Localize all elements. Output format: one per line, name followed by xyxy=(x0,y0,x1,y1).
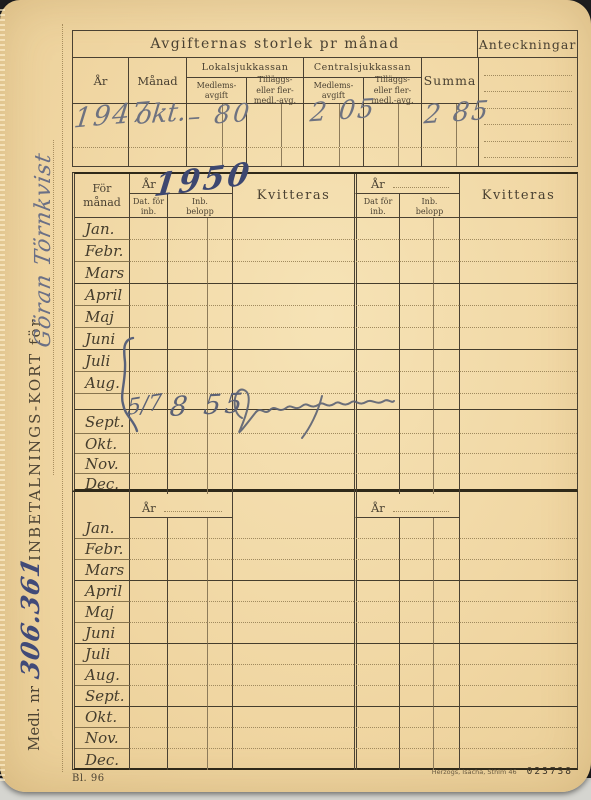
cell-amount-ore-right xyxy=(433,410,459,434)
cell-date-right xyxy=(354,581,399,602)
lower-year-left-cell: År xyxy=(129,492,232,518)
cell-date-left xyxy=(129,728,167,749)
cell-receipt-right xyxy=(459,665,577,686)
lower-month-col-head xyxy=(75,492,129,518)
cell-date-left xyxy=(129,394,167,410)
payment-card: INBETALNINGS-KORT för Göran Törnkvist Me… xyxy=(0,0,591,792)
cell-amount-kr-left xyxy=(167,394,207,410)
month-row-maj: Maj xyxy=(75,306,577,328)
month-label: Sept. xyxy=(75,686,129,707)
serial-number: 023738 xyxy=(527,766,573,777)
printer-imprint: Herzogs, Isacha, Sthlm 46 xyxy=(432,768,517,776)
cell-amount-ore-right xyxy=(433,602,459,623)
cell-amount-ore-right xyxy=(433,306,459,328)
cell-date-left xyxy=(129,328,167,350)
ore-divider xyxy=(456,148,457,166)
cell-amount-ore-right xyxy=(433,644,459,665)
cell-amount-ore-left xyxy=(207,707,232,728)
cell-receipt-right xyxy=(459,623,577,644)
cell-receipt-right xyxy=(459,372,577,394)
member-number-label: Medl. nr xyxy=(25,686,43,751)
lower-payments-table: År År Jan.Febr.MarsAprilMajJuniJuliAug.S… xyxy=(72,492,578,770)
month-row-mars: Mars xyxy=(75,262,577,284)
cell-date-left xyxy=(129,372,167,394)
month-label: Juni xyxy=(75,328,129,350)
cell-receipt-left xyxy=(232,602,354,623)
cell-amount-ore-right xyxy=(433,728,459,749)
cell-amount-kr-left xyxy=(167,328,207,350)
cell-amount-ore-right xyxy=(433,372,459,394)
year-left-cell: År xyxy=(129,174,232,194)
member-number-value: 306.361 xyxy=(16,555,45,681)
year-label: År xyxy=(371,501,385,515)
cell-receipt-left xyxy=(232,284,354,306)
month-label: Juli xyxy=(75,350,129,372)
cell-amount-ore-left xyxy=(207,539,232,560)
cell-date-left xyxy=(129,474,167,494)
cell-receipt-right xyxy=(459,581,577,602)
cell-receipt-left xyxy=(232,665,354,686)
month-row-nov: Nov. xyxy=(75,728,577,749)
cell-receipt-left xyxy=(232,394,354,410)
cell-date-left xyxy=(129,454,167,474)
ore-divider xyxy=(339,104,340,147)
cell-receipt-left xyxy=(232,581,354,602)
cell-amount-kr-right xyxy=(399,539,433,560)
cell-amount-ore-left xyxy=(207,602,232,623)
cell-amount-kr-left xyxy=(167,218,207,240)
cell-receipt-right xyxy=(459,560,577,581)
cell-receipt-left xyxy=(232,707,354,728)
month-label: Jan. xyxy=(75,218,129,240)
cell-amount-kr-right xyxy=(399,240,433,262)
cell-amount-ore-left xyxy=(207,306,232,328)
month-row-april: April xyxy=(75,581,577,602)
fees-title-row: Avgifternas storlek pr månad Anteckninga… xyxy=(73,31,577,58)
cell-receipt-left xyxy=(232,560,354,581)
cell-amount-ore-right xyxy=(433,560,459,581)
cell-date-left xyxy=(129,306,167,328)
notes-writing-line xyxy=(484,76,572,93)
cell-amount-kr-right xyxy=(399,394,433,410)
year-label: År xyxy=(142,501,156,515)
ore-divider xyxy=(398,104,399,147)
cell-receipt-right xyxy=(459,262,577,284)
cell-amount-kr-left xyxy=(167,454,207,474)
cell-receipt-left xyxy=(232,728,354,749)
fees-body: År Månad Lokalsjukkassan Centralsjukkass… xyxy=(73,58,577,166)
cell-receipt-right xyxy=(459,306,577,328)
cell-amount-kr-right xyxy=(399,284,433,306)
cell-date-right xyxy=(354,749,399,770)
entry-local-extra-cell xyxy=(246,103,303,148)
cell-date-left xyxy=(129,434,167,454)
cell-amount-kr-right xyxy=(399,328,433,350)
cell-amount-kr-left xyxy=(167,284,207,306)
cell-receipt-left xyxy=(232,644,354,665)
cell-amount-kr-right xyxy=(399,728,433,749)
name-dotted-line xyxy=(53,140,54,475)
cell-date-left xyxy=(129,644,167,665)
year-right-cell: År xyxy=(354,174,459,194)
month-label: Febr. xyxy=(75,539,129,560)
month-label: Juni xyxy=(75,623,129,644)
cell-receipt-left xyxy=(232,372,354,394)
cell-date-left xyxy=(129,665,167,686)
month-row-juli: Juli xyxy=(75,350,577,372)
receipt-left-header: Kvitteras xyxy=(232,174,354,217)
cell-date-right xyxy=(354,518,399,539)
month-label: Okt. xyxy=(75,707,129,728)
notes-writing-line xyxy=(484,59,572,76)
cell-date-right xyxy=(354,434,399,454)
cell-date-right xyxy=(354,328,399,350)
cell-amount-kr-right xyxy=(399,454,433,474)
cell-date-right xyxy=(354,602,399,623)
blank-local-extra-cell xyxy=(246,148,303,166)
month-row-mars: Mars xyxy=(75,560,577,581)
entry-sum-cell xyxy=(421,103,478,148)
cell-amount-kr-right xyxy=(399,707,433,728)
month-label: Maj xyxy=(75,306,129,328)
year-fill-line xyxy=(393,175,449,188)
cell-amount-kr-left xyxy=(167,665,207,686)
cell-amount-ore-left xyxy=(207,686,232,707)
date-left-header: Dat. för inb. xyxy=(129,194,167,217)
ore-divider xyxy=(281,104,282,147)
cell-receipt-left xyxy=(232,749,354,770)
cell-amount-ore-left xyxy=(207,372,232,394)
cell-date-right xyxy=(354,728,399,749)
month-row-okt: Okt. xyxy=(75,434,577,454)
month-row-sept: Sept. xyxy=(75,686,577,707)
cell-receipt-left xyxy=(232,623,354,644)
cell-date-right xyxy=(354,262,399,284)
cell-amount-kr-left xyxy=(167,262,207,284)
cell-date-left xyxy=(129,602,167,623)
year-fill-line xyxy=(393,499,449,512)
cell-amount-ore-right xyxy=(433,434,459,454)
cell-date-left xyxy=(129,623,167,644)
month-row-nov: Nov. xyxy=(75,454,577,474)
cell-date-left xyxy=(129,350,167,372)
cell-date-left xyxy=(129,284,167,306)
cell-amount-ore-right xyxy=(433,240,459,262)
fold-dotted-line xyxy=(62,24,63,772)
cell-receipt-left xyxy=(232,686,354,707)
fees-month-header: Månad xyxy=(128,58,186,103)
month-row-febr: Febr. xyxy=(75,539,577,560)
cell-amount-kr-right xyxy=(399,518,433,539)
cell-date-right xyxy=(354,218,399,240)
form-number: Bl. 96 xyxy=(72,773,105,784)
cell-receipt-left xyxy=(232,306,354,328)
cell-amount-ore-left xyxy=(207,410,232,434)
cell-receipt-left xyxy=(232,218,354,240)
cell-receipt-right xyxy=(459,434,577,454)
fees-title: Avgifternas storlek pr månad xyxy=(73,31,478,57)
cell-date-right xyxy=(354,539,399,560)
cell-date-left xyxy=(129,240,167,262)
cell-amount-kr-right xyxy=(399,686,433,707)
month-label: Dec. xyxy=(75,749,129,770)
month-row-juli: Juli xyxy=(75,644,577,665)
cell-amount-ore-right xyxy=(433,539,459,560)
cell-amount-ore-right xyxy=(433,218,459,240)
month-label: Jan. xyxy=(75,518,129,539)
fees-year-header: År xyxy=(73,58,128,103)
cell-receipt-left xyxy=(232,454,354,474)
month-row-april: April xyxy=(75,284,577,306)
month-row-dec: Dec. xyxy=(75,474,577,494)
cell-amount-kr-right xyxy=(399,749,433,770)
cell-receipt-right xyxy=(459,686,577,707)
cell-date-left xyxy=(129,686,167,707)
month-row-aug: Aug. xyxy=(75,665,577,686)
month-label: Aug. xyxy=(75,665,129,686)
cell-amount-ore-left xyxy=(207,328,232,350)
cell-amount-kr-left xyxy=(167,410,207,434)
cell-amount-kr-left xyxy=(167,518,207,539)
cell-amount-ore-right xyxy=(433,474,459,494)
cell-amount-ore-left xyxy=(207,665,232,686)
cell-amount-kr-right xyxy=(399,474,433,494)
cell-amount-ore-right xyxy=(433,284,459,306)
cell-amount-kr-left xyxy=(167,240,207,262)
cell-amount-kr-left xyxy=(167,539,207,560)
cell-amount-kr-right xyxy=(399,665,433,686)
cell-date-left xyxy=(129,410,167,434)
month-row-maj: Maj xyxy=(75,602,577,623)
cell-amount-ore-right xyxy=(433,581,459,602)
amount-left-header: Inb. belopp xyxy=(167,194,232,217)
notes-header: Anteckningar xyxy=(478,31,577,57)
member-number-row: Medl. nr 306.361 xyxy=(16,551,52,751)
month-label: Juli xyxy=(75,644,129,665)
receipt-right-header: Kvitteras xyxy=(459,174,577,217)
cell-receipt-right xyxy=(459,394,577,410)
cell-amount-kr-right xyxy=(399,372,433,394)
cell-amount-ore-right xyxy=(433,350,459,372)
cell-receipt-left xyxy=(232,328,354,350)
cell-amount-kr-right xyxy=(399,350,433,372)
month-label: Febr. xyxy=(75,240,129,262)
ore-divider xyxy=(456,104,457,147)
cell-date-right xyxy=(354,686,399,707)
cell-amount-kr-left xyxy=(167,623,207,644)
cell-date-right xyxy=(354,707,399,728)
cell-amount-ore-left xyxy=(207,350,232,372)
card-title-vertical: INBETALNINGS-KORT för xyxy=(26,261,50,561)
year-label: År xyxy=(371,177,385,191)
cell-amount-kr-right xyxy=(399,644,433,665)
cell-date-right xyxy=(354,240,399,262)
notes-writing-line xyxy=(484,109,572,126)
month-label: Okt. xyxy=(75,434,129,454)
cell-receipt-right xyxy=(459,474,577,494)
cell-receipt-right xyxy=(459,218,577,240)
cell-date-right xyxy=(354,350,399,372)
cell-amount-ore-left xyxy=(207,454,232,474)
cell-amount-kr-left xyxy=(167,434,207,454)
cell-amount-ore-left xyxy=(207,434,232,454)
cell-amount-kr-right xyxy=(399,581,433,602)
payments-month-rows: Jan.Febr.MarsAprilMajJuniJuliAug.Sept.Ok… xyxy=(75,218,577,494)
cell-date-left xyxy=(129,560,167,581)
cell-date-left xyxy=(129,518,167,539)
cell-date-right xyxy=(354,474,399,494)
cell-amount-ore-left xyxy=(207,518,232,539)
cell-amount-ore-left xyxy=(207,474,232,494)
cell-receipt-right xyxy=(459,328,577,350)
cell-amount-ore-left xyxy=(207,560,232,581)
month-label: Maj xyxy=(75,602,129,623)
central-extra-fee-header: Tilläggs- eller fler- medl.-avg. xyxy=(363,78,421,103)
cell-date-right xyxy=(354,623,399,644)
cell-amount-kr-left xyxy=(167,372,207,394)
month-row-sept: Sept. xyxy=(75,410,577,434)
cell-date-left xyxy=(129,262,167,284)
cell-date-right xyxy=(354,306,399,328)
month-label: Mars xyxy=(75,262,129,284)
printer-line: Herzogs, Isacha, Sthlm 46 023738 xyxy=(432,766,573,777)
cell-amount-ore-right xyxy=(433,328,459,350)
cell-receipt-right xyxy=(459,410,577,434)
cell-date-left xyxy=(129,581,167,602)
month-row-aug: Aug. xyxy=(75,372,577,394)
ore-divider xyxy=(222,104,223,147)
lower-receipt-left-cell xyxy=(232,492,354,518)
cell-amount-kr-right xyxy=(399,262,433,284)
cell-amount-kr-right xyxy=(399,218,433,240)
cell-amount-ore-left xyxy=(207,728,232,749)
month-label: Dec. xyxy=(75,474,129,494)
cell-amount-kr-left xyxy=(167,581,207,602)
payments-table-1950: För månad År Kvitteras År Kvitteras Dat.… xyxy=(72,172,578,492)
lower-receipt-right-cell xyxy=(459,492,577,518)
cell-amount-kr-right xyxy=(399,623,433,644)
cell-amount-kr-left xyxy=(167,306,207,328)
cell-amount-kr-left xyxy=(167,560,207,581)
cell-receipt-right xyxy=(459,539,577,560)
date-right-header: Dat för inb. xyxy=(354,194,399,217)
ore-divider xyxy=(281,148,282,166)
cell-receipt-left xyxy=(232,474,354,494)
month-row-jan: Jan. xyxy=(75,218,577,240)
cell-date-right xyxy=(354,560,399,581)
cell-receipt-left xyxy=(232,539,354,560)
cell-date-left xyxy=(129,707,167,728)
cell-date-left xyxy=(129,218,167,240)
year-fill-line xyxy=(164,499,222,512)
month-label: Aug. xyxy=(75,372,129,394)
ore-divider xyxy=(339,148,340,166)
cell-amount-ore-right xyxy=(433,518,459,539)
month-label: April xyxy=(75,581,129,602)
cell-receipt-right xyxy=(459,644,577,665)
cell-amount-ore-right xyxy=(433,623,459,644)
fees-table: Avgifternas storlek pr månad Anteckninga… xyxy=(72,30,578,167)
month-row-juni: Juni xyxy=(75,623,577,644)
cell-amount-ore-left xyxy=(207,284,232,306)
cell-amount-ore-left xyxy=(207,644,232,665)
cell-amount-kr-right xyxy=(399,306,433,328)
cell-amount-kr-left xyxy=(167,644,207,665)
cell-amount-kr-left xyxy=(167,474,207,494)
entry-month-cell xyxy=(128,103,186,148)
cell-receipt-right xyxy=(459,707,577,728)
cell-date-left xyxy=(129,539,167,560)
cell-receipt-right xyxy=(459,518,577,539)
cell-receipt-right xyxy=(459,284,577,306)
entry-year-cell xyxy=(73,103,128,148)
blank-year-cell xyxy=(73,148,128,166)
cell-amount-kr-right xyxy=(399,560,433,581)
month-row-juni: Juni xyxy=(75,328,577,350)
cell-amount-ore-right xyxy=(433,707,459,728)
cell-amount-ore-right xyxy=(433,394,459,410)
cell-receipt-left xyxy=(232,410,354,434)
entry-local-member-cell xyxy=(186,103,246,148)
blank-local-member-cell xyxy=(186,148,246,166)
cell-amount-ore-right xyxy=(433,665,459,686)
cell-amount-kr-right xyxy=(399,434,433,454)
cell-receipt-right xyxy=(459,602,577,623)
cell-date-right xyxy=(354,665,399,686)
notes-writing-line xyxy=(484,92,572,109)
month-row-jan: Jan. xyxy=(75,518,577,539)
sum-header: Summa xyxy=(421,58,478,103)
cell-date-right xyxy=(354,644,399,665)
cell-amount-ore-right xyxy=(433,262,459,284)
entry-central-member-cell xyxy=(303,103,363,148)
cell-receipt-right xyxy=(459,728,577,749)
lower-month-rows: Jan.Febr.MarsAprilMajJuniJuliAug.Sept.Ok… xyxy=(75,518,577,770)
cell-amount-kr-left xyxy=(167,350,207,372)
cell-receipt-left xyxy=(232,434,354,454)
cell-date-right xyxy=(354,284,399,306)
notes-writing-line xyxy=(484,142,572,159)
amount-right-header: Inb. belopp xyxy=(399,194,459,217)
month-label: April xyxy=(75,284,129,306)
gap-month-cell xyxy=(75,394,129,410)
notes-area xyxy=(478,58,577,166)
cell-receipt-right xyxy=(459,454,577,474)
cell-receipt-right xyxy=(459,240,577,262)
blank-central-member-cell xyxy=(303,148,363,166)
cell-receipt-right xyxy=(459,350,577,372)
blank-month-cell xyxy=(128,148,186,166)
cell-receipt-left xyxy=(232,262,354,284)
cell-receipt-left xyxy=(232,240,354,262)
local-member-fee-header: Medlems- avgift xyxy=(186,78,246,103)
month-label: Sept. xyxy=(75,410,129,434)
cell-amount-kr-left xyxy=(167,707,207,728)
cell-amount-ore-left xyxy=(207,240,232,262)
cell-amount-ore-left xyxy=(207,218,232,240)
blank-central-extra-cell xyxy=(363,148,421,166)
lower-year-right-cell: År xyxy=(354,492,459,518)
cell-receipt-left xyxy=(232,350,354,372)
cell-date-right xyxy=(354,372,399,394)
ore-divider xyxy=(222,148,223,166)
local-extra-fee-header: Tilläggs- eller fler- medl.-avg. xyxy=(246,78,303,103)
cell-amount-ore-left xyxy=(207,749,232,770)
central-member-fee-header: Medlems- avgift xyxy=(303,78,363,103)
cell-amount-kr-left xyxy=(167,749,207,770)
cell-date-right xyxy=(354,410,399,434)
notes-writing-line xyxy=(484,125,572,142)
